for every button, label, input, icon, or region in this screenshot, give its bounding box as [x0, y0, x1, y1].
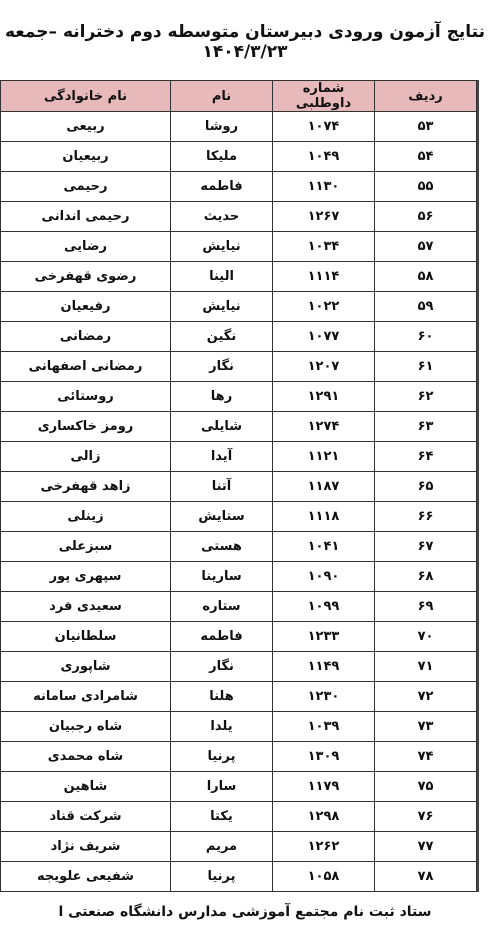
cell-candidate-number: ۱۲۳۰: [273, 682, 375, 712]
cell-candidate-number: ۱۰۹۹: [273, 592, 375, 622]
table-row: ۷۴۱۳۰۹پرنیاشاه محمدی: [1, 742, 477, 772]
cell-candidate-number: ۱۰۴۹: [273, 142, 375, 172]
cell-candidate-number: ۱۰۴۱: [273, 532, 375, 562]
cell-last-name: روستائی: [1, 382, 171, 412]
cell-last-name: شاهین: [1, 772, 171, 802]
header-row-number: ردیف: [375, 81, 477, 112]
cell-row-number: ۵۷: [375, 232, 477, 262]
cell-row-number: ۵۸: [375, 262, 477, 292]
cell-last-name: سلطانیان: [1, 622, 171, 652]
table-row: ۶۳۱۲۷۴شایلیرومز خاکساری: [1, 412, 477, 442]
table-row: ۶۷۱۰۴۱هستیسبزعلی: [1, 532, 477, 562]
cell-row-number: ۷۸: [375, 862, 477, 892]
cell-last-name: رضوی قهفرخی: [1, 262, 171, 292]
cell-row-number: ۷۱: [375, 652, 477, 682]
table-row: ۶۸۱۰۹۰ساریناسپهری پور: [1, 562, 477, 592]
table-row: ۶۵۱۱۸۷آتنازاهد قهفرخی: [1, 472, 477, 502]
cell-row-number: ۵۶: [375, 202, 477, 232]
cell-row-number: ۵۹: [375, 292, 477, 322]
cell-first-name: یکتا: [171, 802, 273, 832]
cell-last-name: رمضانی: [1, 322, 171, 352]
table-row: ۷۰۱۲۳۳فاطمهسلطانیان: [1, 622, 477, 652]
table-row: ۶۰۱۰۷۷نگینرمضانی: [1, 322, 477, 352]
table-row: ۵۷۱۰۳۴نیایشرضایی: [1, 232, 477, 262]
cell-last-name: زالی: [1, 442, 171, 472]
cell-row-number: ۶۸: [375, 562, 477, 592]
cell-first-name: نیایش: [171, 232, 273, 262]
table-row: ۷۳۱۰۳۹یلداشاه رجبیان: [1, 712, 477, 742]
cell-last-name: رحیمی: [1, 172, 171, 202]
cell-candidate-number: ۱۱۳۰: [273, 172, 375, 202]
table-row: ۶۱۱۲۰۷نگاررمضانی اصفهانی: [1, 352, 477, 382]
cell-first-name: شایلی: [171, 412, 273, 442]
header-candidate-number: شماره داوطلبی: [273, 81, 375, 112]
cell-last-name: رمضانی اصفهانی: [1, 352, 171, 382]
cell-row-number: ۶۲: [375, 382, 477, 412]
table-body: ۵۳۱۰۷۴روشاربیعی۵۴۱۰۴۹ملیکاربیعیان۵۵۱۱۳۰ف…: [1, 112, 477, 892]
cell-row-number: ۶۱: [375, 352, 477, 382]
table-row: ۷۱۱۱۴۹نگارشاپوری: [1, 652, 477, 682]
cell-row-number: ۶۵: [375, 472, 477, 502]
cell-first-name: فاطمه: [171, 622, 273, 652]
cell-candidate-number: ۱۰۵۸: [273, 862, 375, 892]
cell-first-name: پرنیا: [171, 742, 273, 772]
cell-first-name: سارینا: [171, 562, 273, 592]
cell-row-number: ۶۶: [375, 502, 477, 532]
cell-last-name: شامرادی سامانه: [1, 682, 171, 712]
cell-first-name: نگار: [171, 352, 273, 382]
table-row: ۵۹۱۰۲۲نیایشرفیعیان: [1, 292, 477, 322]
cell-row-number: ۷۲: [375, 682, 477, 712]
cell-first-name: نگار: [171, 652, 273, 682]
cell-candidate-number: ۱۱۷۹: [273, 772, 375, 802]
cell-candidate-number: ۱۰۷۷: [273, 322, 375, 352]
cell-last-name: رفیعیان: [1, 292, 171, 322]
cell-candidate-number: ۱۲۶۲: [273, 832, 375, 862]
results-table: ردیف شماره داوطلبی نام نام خانوادگی ۵۳۱۰…: [0, 80, 477, 892]
cell-candidate-number: ۱۰۹۰: [273, 562, 375, 592]
cell-first-name: رها: [171, 382, 273, 412]
cell-candidate-number: ۱۰۷۴: [273, 112, 375, 142]
cell-row-number: ۶۳: [375, 412, 477, 442]
cell-candidate-number: ۱۲۷۴: [273, 412, 375, 442]
cell-last-name: شاپوری: [1, 652, 171, 682]
cell-row-number: ۷۰: [375, 622, 477, 652]
cell-last-name: شریف نژاد: [1, 832, 171, 862]
cell-row-number: ۷۴: [375, 742, 477, 772]
cell-row-number: ۷۶: [375, 802, 477, 832]
table-row: ۵۵۱۱۳۰فاطمهرحیمی: [1, 172, 477, 202]
cell-first-name: آتنا: [171, 472, 273, 502]
cell-first-name: ملیکا: [171, 142, 273, 172]
cell-last-name: شفیعی علویجه: [1, 862, 171, 892]
cell-candidate-number: ۱۱۸۷: [273, 472, 375, 502]
table-row: ۵۳۱۰۷۴روشاربیعی: [1, 112, 477, 142]
cell-candidate-number: ۱۰۳۹: [273, 712, 375, 742]
header-last-name: نام خانوادگی: [1, 81, 171, 112]
cell-candidate-number: ۱۲۰۷: [273, 352, 375, 382]
cell-row-number: ۶۹: [375, 592, 477, 622]
cell-first-name: الینا: [171, 262, 273, 292]
table-row: ۶۶۱۱۱۸ستایشزینلی: [1, 502, 477, 532]
cell-last-name: زینلی: [1, 502, 171, 532]
table-row: ۶۲۱۲۹۱رهاروستائی: [1, 382, 477, 412]
cell-candidate-number: ۱۲۹۱: [273, 382, 375, 412]
cell-last-name: سعیدی فرد: [1, 592, 171, 622]
cell-row-number: ۶۴: [375, 442, 477, 472]
cell-candidate-number: ۱۲۶۷: [273, 202, 375, 232]
cell-row-number: ۵۴: [375, 142, 477, 172]
cell-first-name: مریم: [171, 832, 273, 862]
table-header-row: ردیف شماره داوطلبی نام نام خانوادگی: [1, 81, 477, 112]
table-row: ۷۵۱۱۷۹ساراشاهین: [1, 772, 477, 802]
cell-row-number: ۶۰: [375, 322, 477, 352]
cell-last-name: رومز خاکساری: [1, 412, 171, 442]
cell-first-name: پرنیا: [171, 862, 273, 892]
results-table-container: ردیف شماره داوطلبی نام نام خانوادگی ۵۳۱۰…: [0, 80, 476, 892]
cell-row-number: ۵۳: [375, 112, 477, 142]
cell-candidate-number: ۱۰۲۲: [273, 292, 375, 322]
table-row: ۵۸۱۱۱۴الینارضوی قهفرخی: [1, 262, 477, 292]
cell-row-number: ۶۷: [375, 532, 477, 562]
cell-last-name: رحیمی اندانی: [1, 202, 171, 232]
table-row: ۷۸۱۰۵۸پرنیاشفیعی علویجه: [1, 862, 477, 892]
cell-first-name: ستایش: [171, 502, 273, 532]
cell-first-name: نیایش: [171, 292, 273, 322]
cell-first-name: هستی: [171, 532, 273, 562]
cell-last-name: شرکت قناد: [1, 802, 171, 832]
cell-first-name: فاطمه: [171, 172, 273, 202]
cell-row-number: ۷۷: [375, 832, 477, 862]
cell-first-name: هلنا: [171, 682, 273, 712]
cell-last-name: شاه محمدی: [1, 742, 171, 772]
cell-last-name: ربیعیان: [1, 142, 171, 172]
table-row: ۵۶۱۲۶۷حدیثرحیمی اندانی: [1, 202, 477, 232]
cell-first-name: روشا: [171, 112, 273, 142]
cell-candidate-number: ۱۲۹۸: [273, 802, 375, 832]
cell-first-name: حدیث: [171, 202, 273, 232]
footer-text: ستاد ثبت نام مجتمع آموزشی مدارس دانشگاه …: [0, 904, 490, 920]
cell-candidate-number: ۱۱۱۸: [273, 502, 375, 532]
table-row: ۷۶۱۲۹۸یکتاشرکت قناد: [1, 802, 477, 832]
table-row: ۷۷۱۲۶۲مریمشریف نژاد: [1, 832, 477, 862]
table-row: ۷۲۱۲۳۰هلناشامرادی سامانه: [1, 682, 477, 712]
cell-row-number: ۷۵: [375, 772, 477, 802]
cell-last-name: زاهد قهفرخی: [1, 472, 171, 502]
table-row: ۶۹۱۰۹۹ستارهسعیدی فرد: [1, 592, 477, 622]
cell-last-name: رضایی: [1, 232, 171, 262]
cell-candidate-number: ۱۱۴۹: [273, 652, 375, 682]
cell-last-name: ربیعی: [1, 112, 171, 142]
cell-row-number: ۵۵: [375, 172, 477, 202]
cell-last-name: سپهری پور: [1, 562, 171, 592]
table-row: ۶۴۱۱۲۱آیدازالی: [1, 442, 477, 472]
cell-first-name: نگین: [171, 322, 273, 352]
cell-candidate-number: ۱۱۱۴: [273, 262, 375, 292]
cell-first-name: ستاره: [171, 592, 273, 622]
cell-first-name: آیدا: [171, 442, 273, 472]
cell-last-name: سبزعلی: [1, 532, 171, 562]
cell-last-name: شاه رجبیان: [1, 712, 171, 742]
cell-first-name: یلدا: [171, 712, 273, 742]
cell-first-name: سارا: [171, 772, 273, 802]
cell-candidate-number: ۱۲۳۳: [273, 622, 375, 652]
table-row: ۵۴۱۰۴۹ملیکاربیعیان: [1, 142, 477, 172]
cell-row-number: ۷۳: [375, 712, 477, 742]
cell-candidate-number: ۱۰۳۴: [273, 232, 375, 262]
page-title: نتایج آزمون ورودی دبیرستان متوسطه دوم دخ…: [0, 22, 490, 62]
cell-candidate-number: ۱۱۲۱: [273, 442, 375, 472]
header-first-name: نام: [171, 81, 273, 112]
cell-candidate-number: ۱۳۰۹: [273, 742, 375, 772]
